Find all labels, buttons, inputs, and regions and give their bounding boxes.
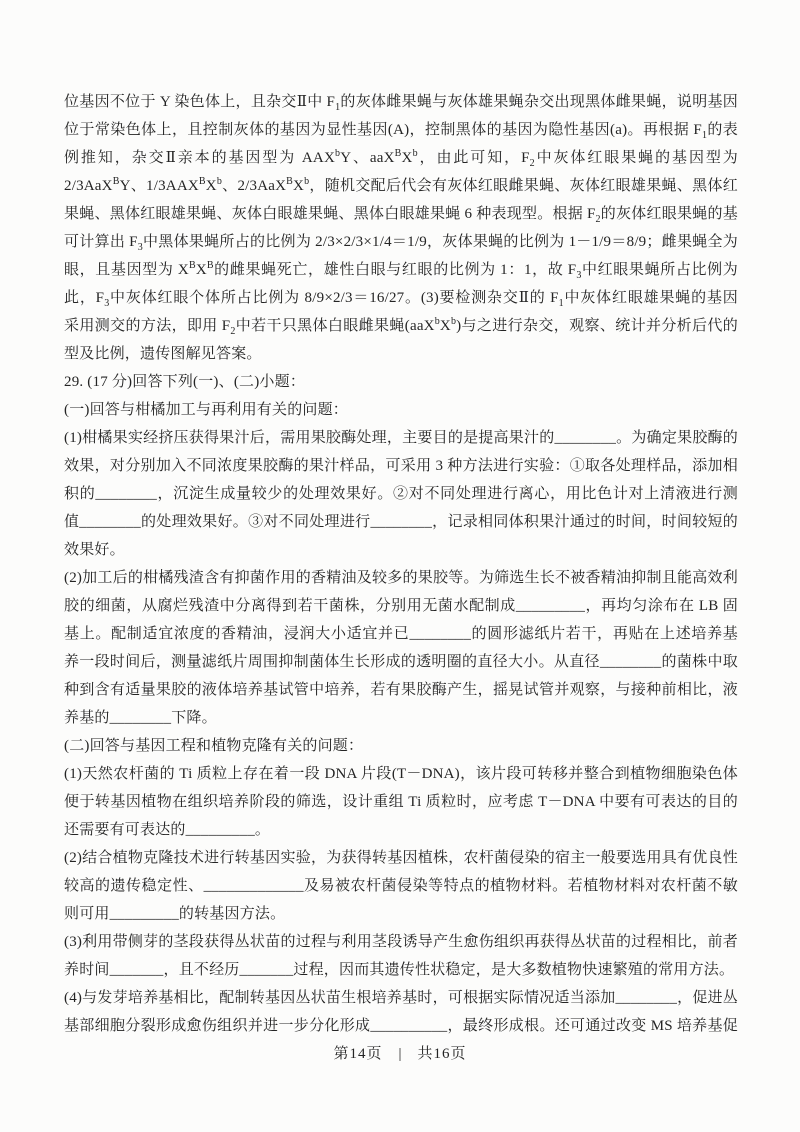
text-line: 基部细胞分裂形成愈伤组织并进一步分化形成__________，最终形成根。还可通…	[64, 1012, 738, 1040]
text-line: 种到含有适量果胶的液体培养基试管中培养，若有果胶酶产生，摇晃试管并观察，与接种前…	[64, 676, 738, 704]
text-line: (二)回答与基因工程和植物克隆有关的问题：	[64, 732, 738, 760]
text-line: 此，F3中灰体红眼个体所占比例为 8/9×2/3＝16/27。(3)要检测杂交Ⅱ…	[64, 284, 738, 312]
text-line: 值________的处理效果好。③对不同处理进行________，记录相同体积果…	[64, 508, 738, 536]
text-line: 积的________，沉淀生成量较少的处理效果好。②对不同处理进行离心，用比色计…	[64, 480, 738, 508]
text-line: (1)柑橘果实经挤压获得果汁后，需用果胶酶处理，主要目的是提高果汁的______…	[64, 424, 738, 452]
text-line: 2/3AaXBY、1/3AAXBXb、2/3AaXBXb，随机交配后代会有灰体红…	[64, 172, 738, 200]
text-line: 型及比例，遗传图解见答案。	[64, 340, 738, 368]
text-line: (2)结合植物克隆技术进行转基因实验，为获得转基因植株，农杆菌侵染的宿主一般要选…	[64, 844, 738, 872]
text-line: 基上。配制适宜浓度的香精油，浸润大小适宜并已________的圆形滤纸片若干，再…	[64, 620, 738, 648]
text-line: 29. (17 分)回答下列(一)、(二)小题：	[64, 368, 738, 396]
text-line: 位基因不位于 Y 染色体上，且杂交Ⅱ中 F1的灰体雌果蝇与灰体雄果蝇杂交出现黑体…	[64, 88, 738, 116]
text-line: 位于常染色体上，且控制灰体的基因为显性基因(A)，控制黑体的基因为隐性基因(a)…	[64, 116, 738, 144]
text-line: 效果好。	[64, 536, 738, 564]
footer-separator: |	[398, 1046, 401, 1063]
text-line: 胶的细菌，从腐烂残渣中分离得到若干菌株，分别用无菌水配制成_________，再…	[64, 592, 738, 620]
footer-total-pages: 共16页	[418, 1046, 467, 1062]
text-line: 便于转基因植物在组织培养阶段的筛选，设计重组 Ti 质粒时，应考虑 T－DNA …	[64, 788, 738, 816]
text-line: 较高的遗传稳定性、_____________及易被农杆菌侵染等特点的植物材料。若…	[64, 872, 738, 900]
text-line: 则可用_________的转基因方法。	[64, 900, 738, 928]
text-line: 还需要有可表达的_________。	[64, 816, 738, 844]
text-line: 果蝇、黑体红眼雄果蝇、灰体白眼雄果蝇、黑体白眼雄果蝇 6 种表现型。根据 F2的…	[64, 200, 738, 228]
document-page: 位基因不位于 Y 染色体上，且杂交Ⅱ中 F1的灰体雌果蝇与灰体雄果蝇杂交出现黑体…	[0, 0, 800, 1132]
page-footer: 第14页|共16页	[0, 1042, 800, 1063]
document-body: 位基因不位于 Y 染色体上，且杂交Ⅱ中 F1的灰体雌果蝇与灰体雄果蝇杂交出现黑体…	[64, 88, 738, 1040]
text-line: 例推知，杂交Ⅱ亲本的基因型为 AAXbY、aaXBXb，由此可知，F2中灰体红眼…	[64, 144, 738, 172]
text-line: 养基的________下降。	[64, 704, 738, 732]
text-line: (1)天然农杆菌的 Ti 质粒上存在着一段 DNA 片段(T－DNA)，该片段可…	[64, 760, 738, 788]
text-line: 养时间_______，且不经历_______过程，因而其遗传性状稳定，是大多数植…	[64, 956, 738, 984]
text-line: 效果，对分别加入不同浓度果胶酶的果汁样品，可采用 3 种方法进行实验：①取各处理…	[64, 452, 738, 480]
text-line: 眼，且基因型为 XBXB的雌果蝇死亡，雄性白眼与红眼的比例为 1：1，故 F3中…	[64, 256, 738, 284]
text-line: (一)回答与柑橘加工与再利用有关的问题：	[64, 396, 738, 424]
text-line: (3)利用带侧芽的茎段获得丛状苗的过程与利用茎段诱导产生愈伤组织再获得丛状苗的过…	[64, 928, 738, 956]
text-line: 采用测交的方法，即用 F2中若干只黑体白眼雌果蝇(aaXbXb)与之进行杂交，观…	[64, 312, 738, 340]
text-line: 养一段时间后，测量滤纸片周围抑制菌体生长形成的透明圈的直径大小。从直径_____…	[64, 648, 738, 676]
text-line: 可计算出 F3中黑体果蝇所占的比例为 2/3×2/3×1/4＝1/9，灰体果蝇的…	[64, 228, 738, 256]
footer-page-number: 第14页	[333, 1046, 382, 1062]
text-line: (4)与发芽培养基相比，配制转基因丛状苗生根培养基时，可根据实际情况适当添加__…	[64, 984, 738, 1012]
text-line: (2)加工后的柑橘残渣含有抑菌作用的香精油及较多的果胶等。为筛选生长不被香精油抑…	[64, 564, 738, 592]
